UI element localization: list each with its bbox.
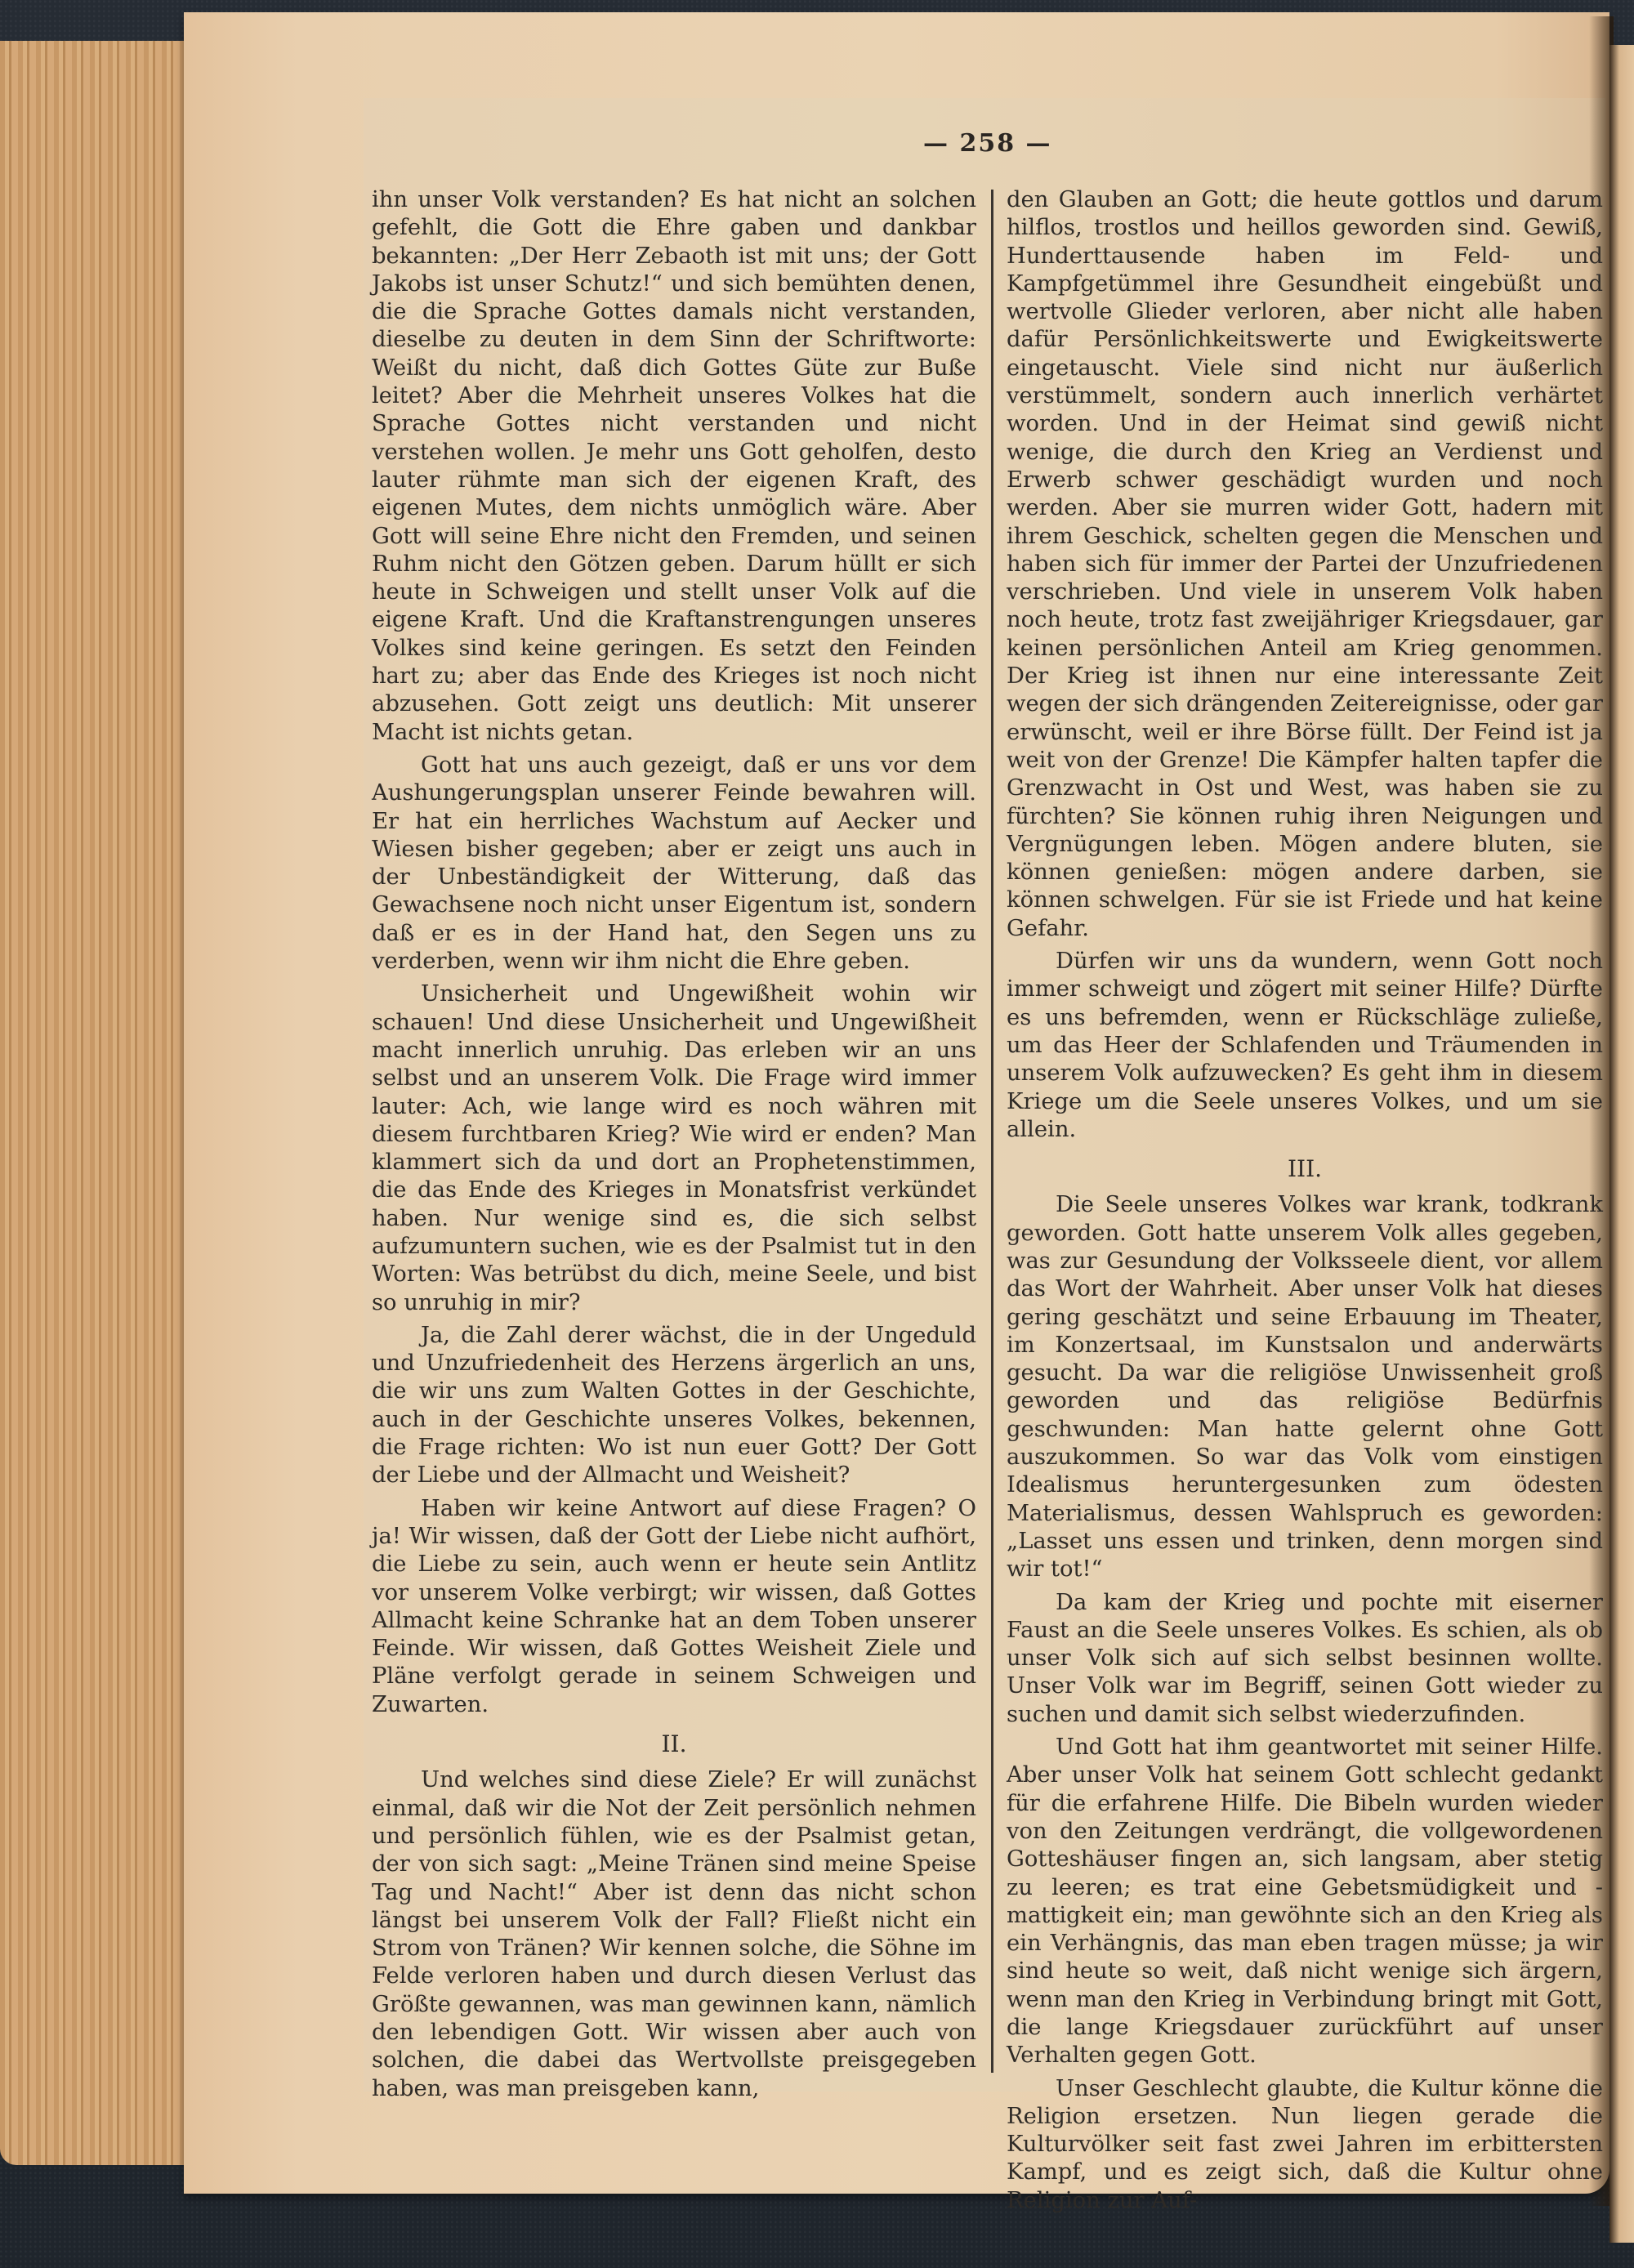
paragraph: den Glauben an Gott; die heute gottlos u…: [1007, 186, 1603, 943]
paragraph: Dürfen wir uns da wundern, wenn Gott noc…: [1007, 948, 1603, 1144]
paragraph: Haben wir keine Antwort auf diese Fragen…: [372, 1495, 976, 1719]
column-divider: [991, 190, 993, 2073]
paragraph: Die Seele unseres Volkes war krank, todk…: [1007, 1191, 1603, 1583]
section-heading-iii: III.: [1007, 1155, 1603, 1183]
paragraph: Und welches sind diese Ziele? Er will zu…: [372, 1766, 976, 2103]
paragraph: Unsicherheit und Ungewißheit wohin wir s…: [372, 980, 976, 1317]
left-column: ihn unser Volk verstanden? Es hat nicht …: [372, 186, 976, 2103]
paragraph: Gott hat uns auch gezeigt, daß er uns vo…: [372, 752, 976, 976]
paragraph: ihn unser Volk verstanden? Es hat nicht …: [372, 186, 976, 747]
paragraph: Und Gott hat ihm geantwortet mit seiner …: [1007, 1734, 1603, 2070]
page-number: — 258 —: [923, 129, 1103, 158]
section-heading-ii: II.: [372, 1730, 976, 1758]
paragraph: Da kam der Krieg und pochte mit eiserner…: [1007, 1589, 1603, 1729]
paragraph: Ja, die Zahl derer wächst, die in der Un…: [372, 1322, 976, 1490]
page-edges: [0, 41, 188, 2165]
paragraph: Unser Geschlecht glaubte, die Kultur kön…: [1007, 2075, 1603, 2215]
right-column: den Glauben an Gott; die heute gottlos u…: [1007, 186, 1603, 2215]
next-page-edge: [1609, 45, 1634, 2243]
